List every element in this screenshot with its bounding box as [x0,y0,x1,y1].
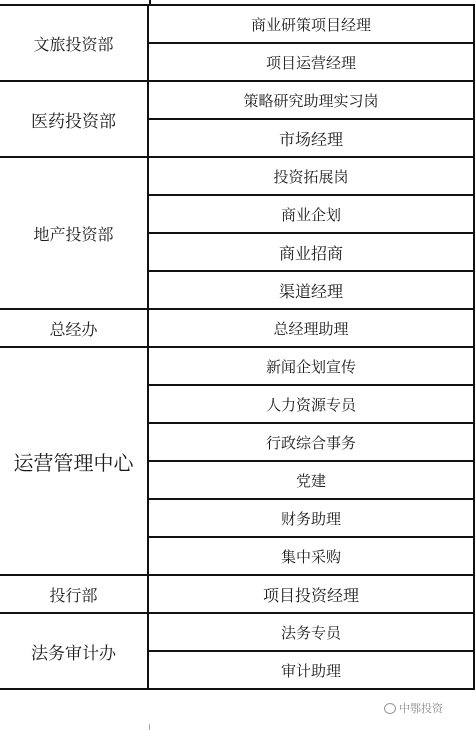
department-cell: 投行部 [0,575,148,613]
position-cell: 人力资源专员 [148,385,474,423]
position-cell: 项目投资经理 [148,575,474,613]
position-cell: 商业研策项目经理 [148,5,474,43]
position-cell: 党建 [148,461,474,499]
table-row: 医药投资部 策略研究助理实习岗 [0,81,474,119]
position-cell: 审计助理 [148,651,474,689]
table-row: 总经办 总经理助理 [0,309,474,347]
position-cell: 项目运营经理 [148,43,474,81]
recruitment-table: 文旅投资部 商业研策项目经理 项目运营经理 医药投资部 策略研究助理实习岗 市场… [0,4,475,690]
table-row: 文旅投资部 商业研策项目经理 [0,5,474,43]
position-cell: 财务助理 [148,499,474,537]
position-cell: 市场经理 [148,119,474,157]
table-row: 地产投资部 投资拓展岗 [0,157,474,195]
position-cell: 商业招商 [148,233,474,271]
watermark: 中鄂投资 [384,700,443,716]
position-cell: 行政综合事务 [148,423,474,461]
table-row: 投行部 项目投资经理 [0,575,474,613]
position-cell: 新闻企划宣传 [148,347,474,385]
table-bottom-divider [149,724,150,730]
wechat-icon [384,703,396,714]
position-cell: 投资拓展岗 [148,157,474,195]
table-row: 法务审计办 法务专员 [0,613,474,651]
position-cell: 总经理助理 [148,309,474,347]
watermark-text: 中鄂投资 [399,700,443,716]
position-cell: 商业企划 [148,195,474,233]
department-cell: 运营管理中心 [0,347,148,575]
position-cell: 法务专员 [148,613,474,651]
position-cell: 集中采购 [148,537,474,575]
position-cell: 渠道经理 [148,271,474,309]
department-cell: 医药投资部 [0,81,148,157]
table-row: 运营管理中心 新闻企划宣传 [0,347,474,385]
department-cell: 总经办 [0,309,148,347]
department-cell: 地产投资部 [0,157,148,309]
department-cell: 文旅投资部 [0,5,148,81]
position-cell: 策略研究助理实习岗 [148,81,474,119]
department-cell: 法务审计办 [0,613,148,689]
